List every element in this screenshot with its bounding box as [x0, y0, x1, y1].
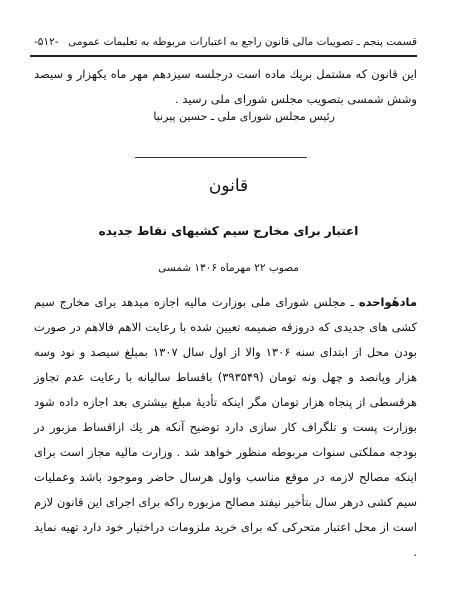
signature-line: رئیس مجلس شورای ملی ـ حسین پیرنیا — [153, 110, 335, 123]
page-header: قسمت پنجم ـ تصویبات مالی قانون راجع به ا… — [34, 35, 417, 49]
article-text: ـ مجلس شورای ملی بوزارت مالیه اجازه میده… — [34, 295, 417, 559]
law-title: قانون — [0, 176, 457, 196]
article-label: مادهٔواحده — [359, 295, 417, 309]
page-number: -۵۱۲- — [34, 35, 59, 49]
approval-date: مصوب ۲۲ مهرماه ۱۳۰۶ شمسی — [0, 262, 457, 274]
document-page: قسمت پنجم ـ تصویبات مالی قانون راجع به ا… — [0, 0, 457, 599]
running-title: قسمت پنجم ـ تصویبات مالی قانون راجع به ا… — [68, 35, 417, 49]
header-divider — [30, 55, 417, 57]
previous-law-closing-paragraph: این قانون که مشتمل بریك ماده است درجلسه … — [34, 62, 417, 112]
section-divider — [135, 157, 307, 158]
law-subtitle: اعتبار برای مخارج سیم کشیهای نقاط جدیده — [0, 224, 457, 238]
article-body: مادهٔواحده ـ مجلس شورای ملی بوزارت مالیه… — [34, 290, 417, 565]
